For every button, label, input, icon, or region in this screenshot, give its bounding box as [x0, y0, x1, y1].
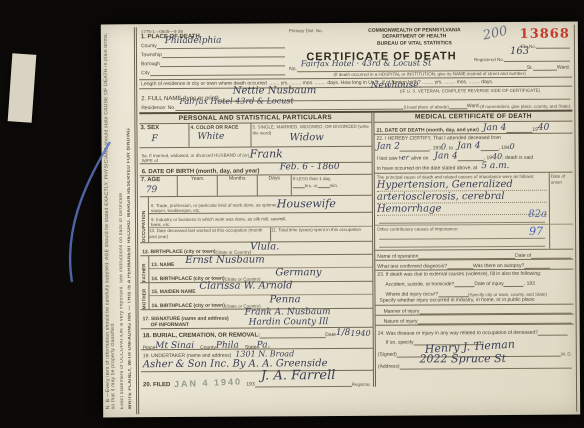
age-months-label: Months	[229, 176, 245, 182]
industry-row[interactable]: 9. Industry or business in which work wa…	[149, 213, 372, 228]
age-days-col: Days	[258, 175, 292, 195]
father-group: FATHER 13. NAME Ernst Nusbaum 14. BIRTHP…	[140, 255, 372, 283]
father-bp-value: Germany	[275, 267, 321, 278]
residence-ward-label: Ward.	[467, 103, 480, 109]
mother-bp-value: Penna	[269, 294, 300, 305]
time-of-death-value: 5 a.m.	[481, 161, 509, 171]
city-label: City	[141, 70, 150, 76]
lastsaw-her: er	[402, 154, 410, 162]
certificate-form: 1775-1—0605—8-39 1. PLACE OF DEATH Count…	[134, 25, 577, 415]
father-name-value: Ernst Nusbaum	[185, 254, 265, 265]
bureau-line: BUREAU OF VITAL STATISTICS	[347, 40, 482, 47]
undertaker-address-value: 1301 N. Broad	[235, 349, 294, 358]
mother-bp-label: 16. BIRTHPLACE (city or town)	[152, 303, 225, 309]
surname-value: Newhouse.	[371, 81, 422, 91]
trade-row[interactable]: 8. Trade, profession, or particular kind…	[149, 196, 372, 214]
burial-label: 18. BURIAL, CREMATION, OR REMOVAL:	[143, 332, 260, 339]
age-row: 7. AGE 79 Years Months Days If LESS than…	[140, 175, 372, 197]
trade-label: 8. Trade, profession, or particular kind…	[151, 202, 281, 213]
operation-date-label: Date of	[515, 253, 531, 259]
mother-side-label: MOTHER	[140, 283, 149, 309]
dob-label: 6. DATE OF BIRTH (month, day, and year)	[142, 168, 260, 175]
dod-label: 21. DATE OF DEATH (month, day, and year)	[376, 127, 479, 134]
accident-label: Accident, suicide, or homicide?	[385, 281, 454, 287]
address-st-field[interactable]	[533, 64, 557, 71]
age-label: 7. AGE	[141, 177, 160, 183]
header-center-right: Primary Dist. No. COMMONWEALTH OF PENNSY…	[287, 26, 572, 79]
occupation-group: OCCUPATION 8. Trade, profession, or part…	[140, 196, 372, 243]
burial-date-label: Date	[325, 332, 336, 338]
last-worked-label: 10. Date deceased last worked at this oc…	[149, 227, 262, 239]
physician-address-field[interactable]: 2022 Spruce St	[400, 362, 572, 370]
signature-block: 24. Was disease or injury in any way rel…	[376, 325, 574, 371]
primary-dist-label: Primary Dist. No.	[289, 28, 347, 50]
last-worked-cell[interactable]: 10. Date deceased last worked at this oc…	[149, 227, 271, 242]
trade-value: Housewife	[277, 197, 336, 210]
filed-year-label: 193	[246, 382, 254, 388]
county-value: Philadelphia	[165, 36, 222, 46]
registrar-label: Registrar.	[352, 382, 371, 387]
personal-section: PERSONAL AND STATISTICAL PARTICULARS 3. …	[139, 113, 376, 388]
filed-row[interactable]: 20. FILED JAN 4 1940 193 J. A. Farrell R…	[141, 371, 373, 388]
age-min-label: min.	[330, 183, 339, 188]
residence-field[interactable]: Fairfax Hotel 43rd & Locust	[175, 103, 403, 111]
lastsaw-value: Jan 4	[434, 151, 457, 161]
torn-paper-scrap	[8, 53, 37, 123]
address-value: Fairfax Hotel · 43rd & Locust St	[301, 58, 432, 68]
lastsaw-year-value: 40	[492, 152, 502, 161]
dob-row[interactable]: 6. DATE OF BIRTH (month, day, and year) …	[140, 163, 372, 176]
file-no-field[interactable]	[536, 42, 570, 49]
alive-label: alive on	[411, 155, 428, 161]
industry-label: 9. Industry or business in which work wa…	[151, 216, 291, 227]
test-label: What test confirmed diagnosis?	[377, 263, 447, 269]
medical-section: MEDICAL CERTIFICATE OF DEATH 21. DATE OF…	[374, 112, 574, 387]
age-days-label: Days	[269, 175, 280, 181]
burial-year-value: 1940	[350, 329, 370, 338]
injury-year-label: , 193	[524, 281, 535, 287]
attended-from-value: Jan 2	[377, 142, 400, 152]
registrar-signature: J. A. Farrell	[261, 368, 336, 383]
cause-code-2: 97	[529, 225, 543, 238]
cause-line1[interactable]: Hypertension, Generalized	[377, 179, 547, 192]
informant-value2: Hardin County Ill	[249, 317, 329, 327]
informant-row[interactable]: 17. SIGNATURE (name and address) OF INFO…	[141, 309, 373, 329]
operation-label: Name of operation	[377, 254, 418, 260]
cause-code-1: 82a	[528, 209, 547, 220]
nonresident-note: (If nonresident, give place, county, and…	[480, 104, 570, 110]
age-less-col: If LESS than 1 day, hrs. ormin.	[292, 175, 372, 195]
undertaker-value: Asher & Son Inc. By A. A. Greenside	[143, 358, 371, 370]
township-field[interactable]	[162, 50, 285, 58]
age-years-value: 79	[146, 185, 158, 195]
age-years-col: Years	[178, 176, 218, 196]
mother-name-value: Clarissa W. Arnold	[199, 280, 292, 292]
marital-cell[interactable]: 5. SINGLE, MARRIED, WIDOWED, OR DIVORCED…	[251, 123, 371, 147]
county-field[interactable]: Philadelphia	[157, 41, 285, 49]
undertaker-row[interactable]: 19. UNDERTAKER (name and address) 1301 N…	[141, 349, 373, 372]
full-name-value: Nettie Nusbaum	[233, 85, 317, 97]
specify-label: Specify whether injury occurred in indus…	[377, 297, 571, 304]
filed-label: 20. FILED	[143, 382, 170, 388]
spouse-value: Frank	[250, 147, 283, 160]
dod-value: Jan 4	[483, 123, 506, 133]
spouse-label: 5a. If married, widowed, or divorced HUS…	[142, 152, 262, 163]
dod-year-value: 40	[538, 123, 550, 133]
mother-name-row[interactable]: 15. MAIDEN NAME Clarissa W. Arnold	[149, 282, 372, 296]
sex-label: 3. SEX	[140, 125, 159, 131]
scanned-document: N. B.—Every item of information should b…	[0, 0, 584, 428]
color-value: White	[197, 132, 224, 142]
contributory-block[interactable]: Other contributory causes of importance:…	[375, 224, 573, 250]
onset-label: Date of onset	[551, 174, 566, 185]
township-label: Township	[141, 52, 162, 58]
age-months-col: Months	[218, 176, 258, 196]
registered-no-label: Registered No.	[474, 57, 504, 62]
color-cell[interactable]: 4. COLOR OR RACE White	[189, 124, 251, 147]
md-label: M. D.	[561, 352, 572, 357]
test-row[interactable]: What test confirmed diagnosis? Was there…	[375, 260, 573, 271]
header: 1775-1—0605—8-39 1. PLACE OF DEATH Count…	[139, 26, 572, 81]
ifso-label: If so, specify	[386, 340, 414, 346]
dob-value: Feb. 6 - 1860	[280, 162, 340, 172]
place-of-death-block: 1775-1—0605—8-39 1. PLACE OF DEATH Count…	[139, 27, 287, 79]
residence-value: Fairfax Hotel 43rd & Locust	[179, 96, 293, 106]
margin-note-permanent-record: WRITE PLAINLY, WITH UNFADING INK — THIS …	[126, 32, 134, 409]
residence-label: Residence: No.	[141, 105, 175, 111]
age-cell[interactable]: 7. AGE 79	[140, 176, 178, 196]
city-field[interactable]	[150, 68, 285, 76]
blue-pen-mark	[52, 138, 122, 288]
nature-label: Nature of injury	[378, 319, 418, 325]
county-label: County	[141, 43, 157, 49]
certify-block: 22. I HEREBY CERTIFY, That I attended de…	[374, 134, 572, 174]
cause-of-death-block: Date of onset The principal cause of dea…	[375, 173, 573, 251]
informant-value1: Frank A. Nusbaum	[245, 307, 331, 318]
manner-label: Manner of injury	[378, 309, 420, 315]
injury-date-label: Date of injury	[474, 281, 504, 287]
age-hrs-label: hrs. or	[305, 183, 318, 188]
filed-date-stamp: JAN 4 1940	[174, 376, 242, 389]
address-no-label: No.	[289, 66, 297, 72]
occupation-side-label: OCCUPATION	[140, 197, 149, 242]
age-years-label: Years	[191, 176, 204, 182]
informant-label2: OF INFORMANT	[143, 322, 229, 329]
burial-date-value: 1/8	[336, 328, 351, 338]
father-name-row[interactable]: 13. NAME Ernst Nusbaum	[149, 255, 372, 269]
date-of-death-row[interactable]: 21. DATE OF DEATH (month, day, and year)…	[374, 122, 572, 135]
occurred-line: to have occurred on the date stated abov…	[377, 165, 478, 172]
mother-name-label: 15. MAIDEN NAME	[151, 289, 195, 295]
residence-length-line: Length of residence in city or town wher…	[141, 79, 493, 87]
borough-field[interactable]	[160, 59, 285, 67]
cause-line2[interactable]: arteriosclerosis, cerebral	[377, 191, 547, 204]
external-causes-block: 23. If death was due to external causes …	[375, 270, 573, 306]
related-label: 24. Was disease or injury in any way rel…	[378, 330, 538, 337]
address-ward-label: Ward.	[557, 65, 570, 71]
mother-group: MOTHER 15. MAIDEN NAME Clarissa W. Arnol…	[140, 282, 372, 310]
registered-no-value: 163	[510, 46, 529, 57]
to-year-value: 0	[510, 142, 515, 151]
signed-label: (Signed)	[378, 352, 397, 358]
total-time-label: 11. Total time (years) spent in this occ…	[271, 227, 361, 233]
marital-value: Widow	[289, 132, 323, 143]
registered-no-field[interactable]: 163	[504, 55, 570, 62]
full-name-block: (IF U. S. VETERAN, COMPLETE REVERSE SIDE…	[139, 87, 572, 115]
total-time-cell[interactable]: 11. Total time (years) spent in this occ…	[271, 227, 372, 242]
physician-address-value: 2022 Spruce St	[420, 352, 507, 366]
color-label: 4. COLOR OR RACE	[190, 125, 238, 131]
attended-to-value: Jan 4	[457, 141, 480, 151]
cause-line3[interactable]: Hemorrhage	[377, 203, 547, 216]
address-label: (Address)	[378, 364, 400, 370]
abode-note: (Usual place of abode)	[404, 104, 449, 109]
burial-row[interactable]: 18. BURIAL, CREMATION, OR REMOVAL: Date …	[141, 328, 373, 350]
sex-value: F	[151, 134, 157, 144]
sex-cell[interactable]: 3. SEX F	[139, 124, 189, 147]
to-year-prefix: , 194	[498, 145, 509, 151]
father-name-label: 13. NAME	[151, 262, 174, 268]
address-field[interactable]: Fairfax Hotel · 43rd & Locust St	[297, 64, 527, 72]
autopsy-label: Was there an autopsy?	[473, 263, 524, 269]
lastsaw-prefix: I last saw h	[377, 156, 402, 162]
residence-ward-field[interactable]	[449, 102, 467, 109]
death-certificate: N. B.—Every item of information should b…	[101, 22, 580, 418]
borough-label: Borough	[141, 61, 160, 67]
birthplace-value: Vlula.	[250, 241, 279, 252]
father-side-label: FATHER	[140, 256, 149, 282]
